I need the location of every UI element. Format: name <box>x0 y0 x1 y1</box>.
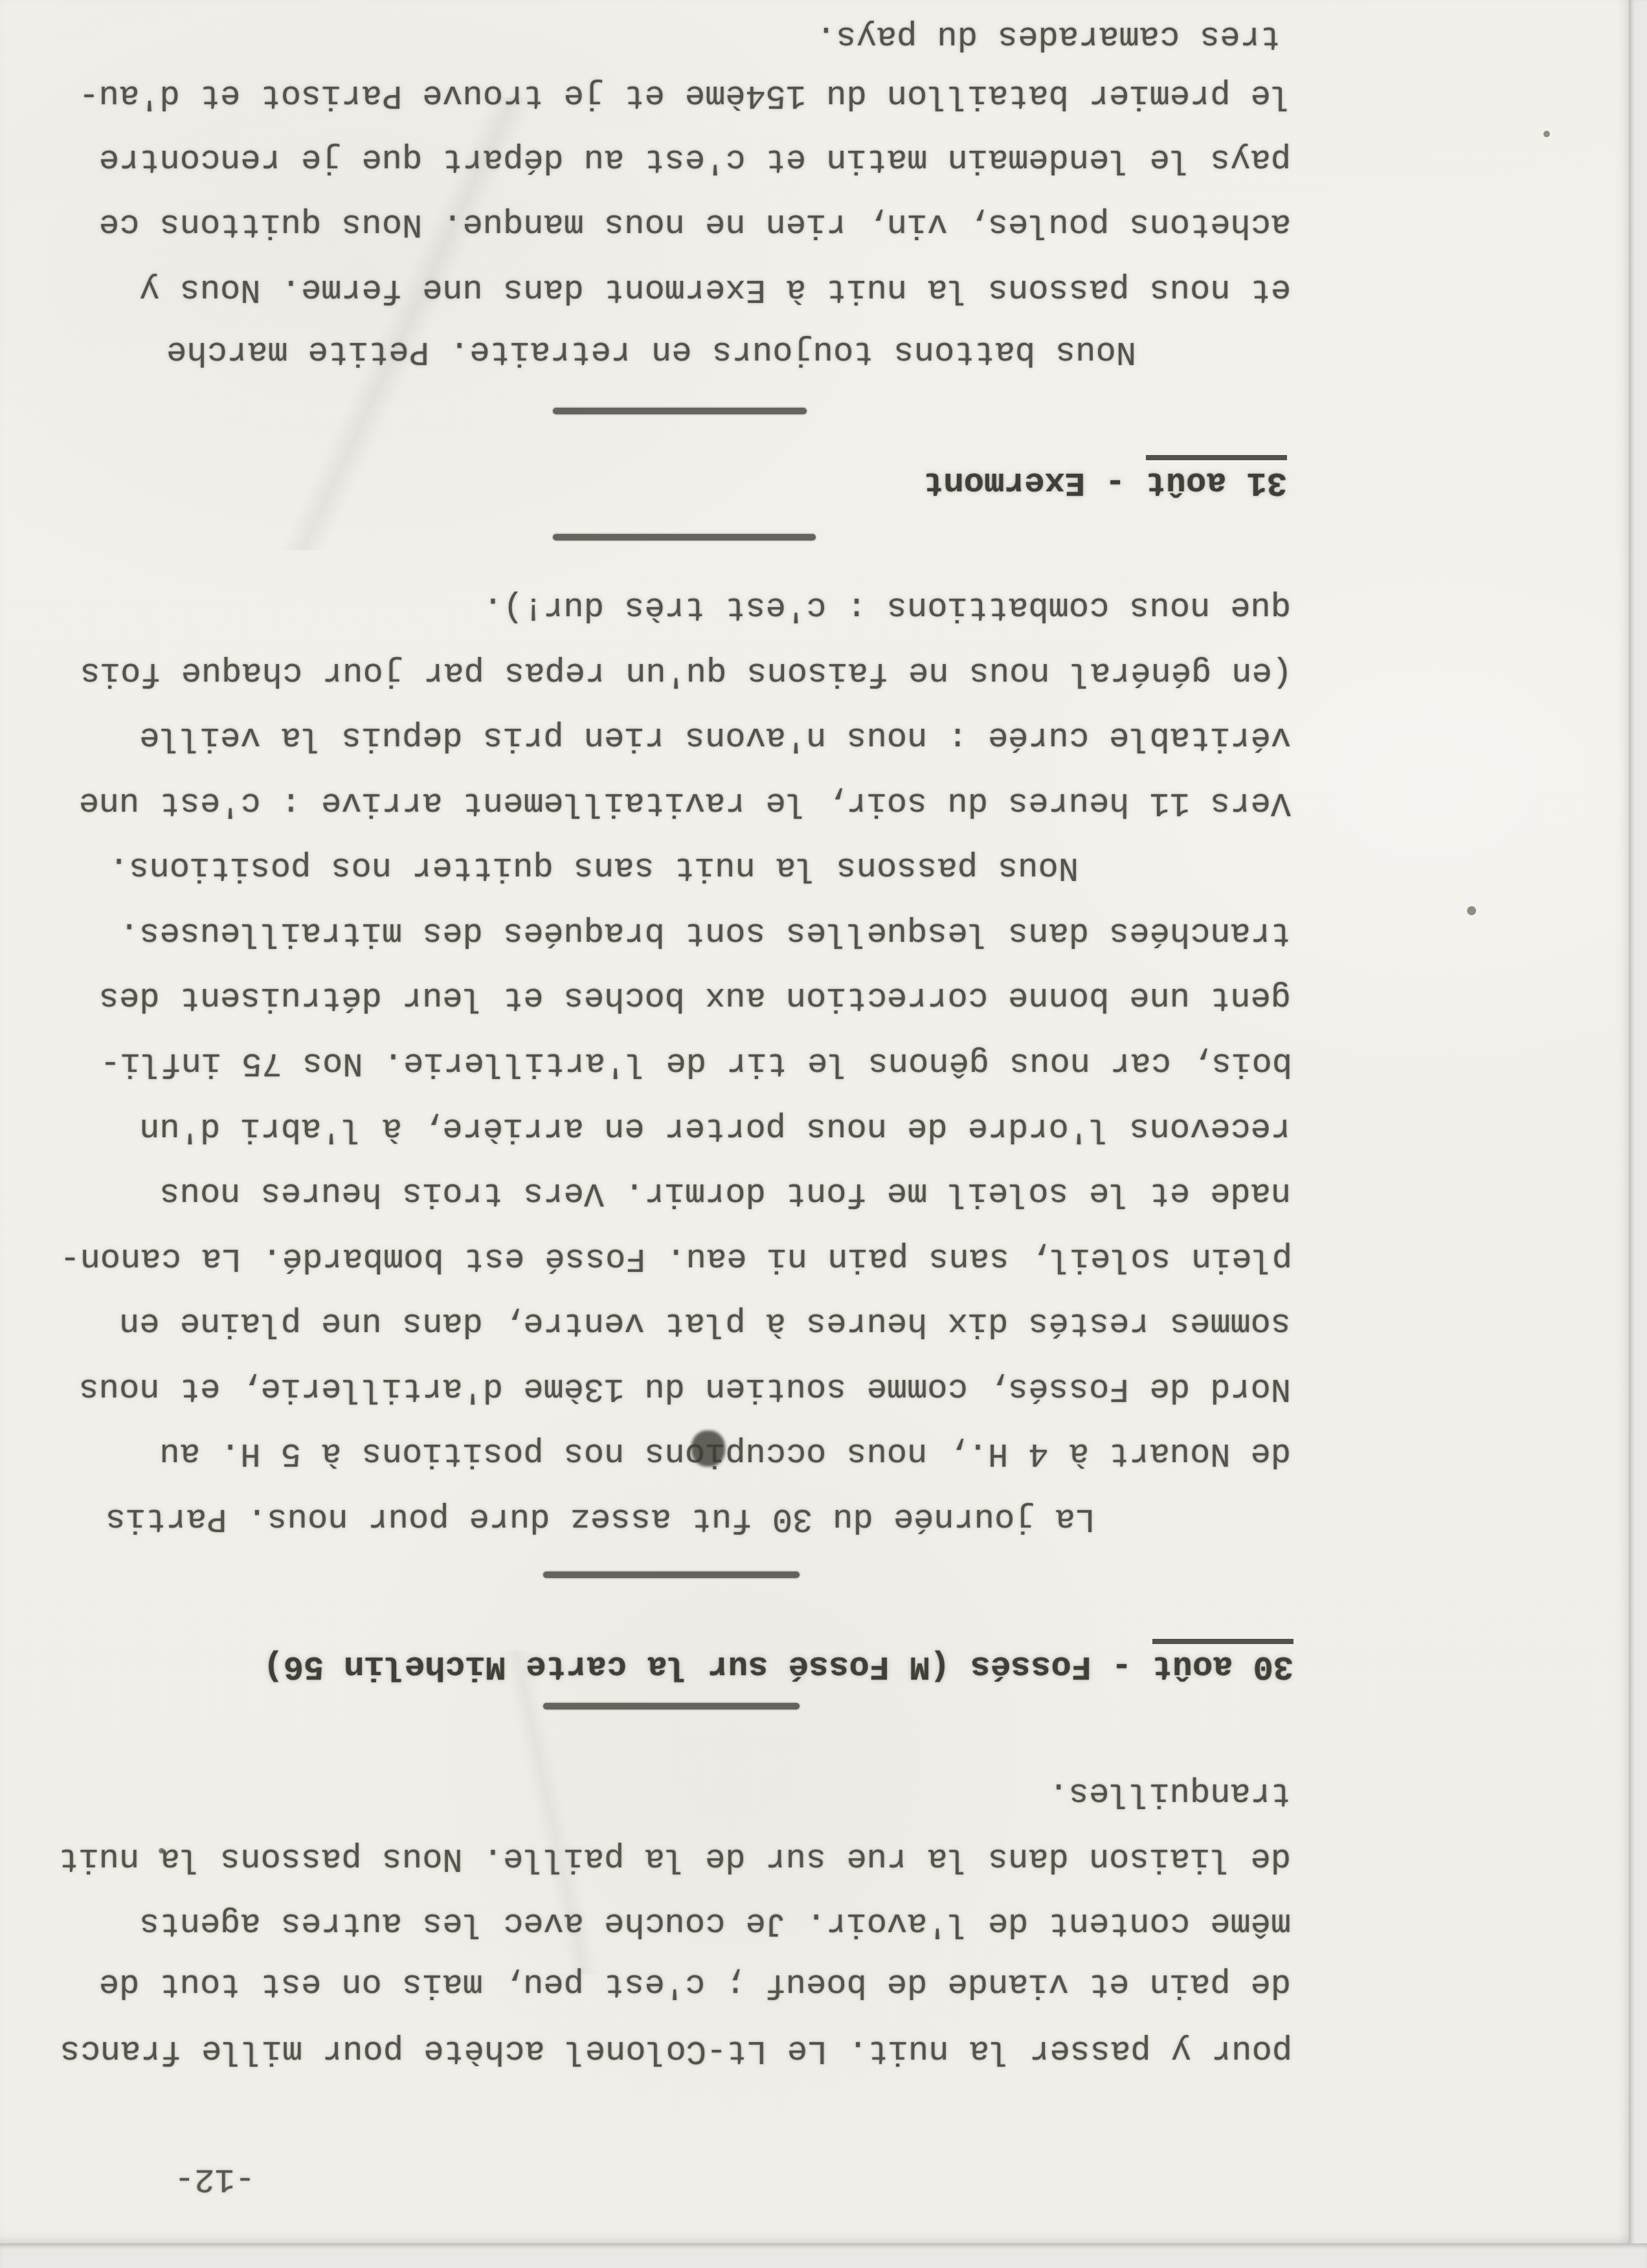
heading-date-underlined: 30 août <box>1152 1639 1294 1685</box>
typed-line: nade et le soleil me font dormir. Vers t… <box>160 1173 1291 1212</box>
rule-mark <box>553 408 807 414</box>
heading-rest: - Exermont <box>923 463 1145 502</box>
typed-line: Vers 11 heures du soir, le ravitaillemen… <box>79 783 1291 822</box>
typed-line: véritable curée : nous n'avons rien pris… <box>139 718 1291 757</box>
typed-line: sommes restés dix heures à plat ventre, … <box>119 1304 1291 1342</box>
typed-line: Nous passons la nuit sans quitter nos po… <box>109 848 1079 887</box>
typed-line: pour y passer la nuit. Le Lt-Colonel ach… <box>60 2031 1292 2070</box>
ink-blot-overstrike <box>691 1430 725 1467</box>
rule-mark <box>553 534 816 540</box>
typed-line: (en général nous ne faisons qu'un repas … <box>80 653 1292 692</box>
typed-line: recevons l'ordre de nous porter en arriè… <box>139 1109 1291 1148</box>
typed-line: Nord de Fossés, comme soutien du 13ème d… <box>79 1369 1291 1408</box>
scanner-bed-edge-right <box>1629 0 1647 2268</box>
heading-date-underlined: 31 août <box>1146 455 1287 502</box>
typed-line: tranchées dans lesquelles sont braquées … <box>119 913 1291 952</box>
typed-line: achetons poules, vin, rien ne nous manqu… <box>99 205 1291 243</box>
rule-mark <box>543 1703 800 1709</box>
section-heading-h31: 31 août - Exermont <box>923 463 1287 502</box>
typed-line: même content de l'avoir. Je couche avec … <box>139 1904 1291 1942</box>
ink-speck <box>1467 906 1476 915</box>
typed-line: et nous passons la nuit à Exermont dans … <box>139 270 1291 309</box>
section-heading-h30: 30 août - Fossés (M Fossé sur la carte M… <box>263 1647 1294 1685</box>
rule-mark <box>543 1572 800 1578</box>
ink-speck <box>1543 131 1550 137</box>
typed-line: de pain et viande de boeuf ; c'est peu, … <box>99 1964 1291 2003</box>
scanned-document: -12-pour y passer la nuit. Le Lt-Colonel… <box>0 0 1647 2268</box>
typed-content-rotated-180: -12-pour y passer la nuit. Le Lt-Colonel… <box>0 0 1647 2268</box>
heading-rest: - Fossés (M Fossé sur la carte Michelin … <box>263 1647 1152 1685</box>
typed-line: le premier bataillon du 154ème et je tro… <box>79 76 1291 115</box>
typed-line: gent une bonne correction aux boches et … <box>99 978 1291 1017</box>
typed-line: tres camarades du pays. <box>816 17 1281 56</box>
scanner-bed-edge-bottom <box>0 2243 1647 2268</box>
typed-line: plein soleil, sans pain ni eau. Fossé es… <box>60 1239 1292 1278</box>
typed-line: de liaison dans la rue sur de la paille.… <box>58 1839 1291 1878</box>
typed-line: que nous combattions : c'est très dur!). <box>483 588 1291 627</box>
typed-line: de Nouart à 4 H., nous occupions nos pos… <box>160 1434 1291 1473</box>
typed-line: La journée du 30 fut assez dure pour nou… <box>106 1499 1095 1538</box>
typed-line: Nous battons toujours en retraite. Petit… <box>166 332 1136 371</box>
ink-speck <box>159 1848 164 1854</box>
typed-line: pays le lendemain matin et c'est au dépa… <box>99 140 1291 179</box>
page-number: -12- <box>174 2159 255 2198</box>
typed-line: bois, car nous gênons le tir de l'artill… <box>100 1043 1292 1082</box>
typed-line: tranquilles. <box>1049 1773 1291 1812</box>
